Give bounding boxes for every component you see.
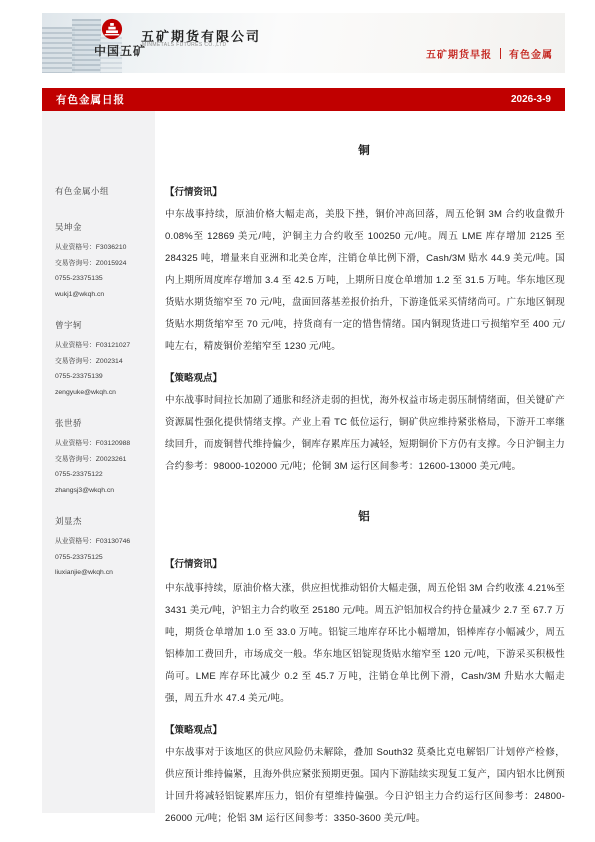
analyst-email: wukj1@wkqh.cn [55,287,149,303]
analyst-email: zhangsj3@wkqh.cn [55,483,149,499]
analyst-credential: 交易咨询号：Z0023261 [55,452,149,468]
analyst-credential: 交易咨询号：Z0015924 [55,256,149,272]
analyst-phone: 0755-23375125 [55,550,149,566]
main-content: 铜 【行情资讯】 中东战事持续，原油价格大幅走高，美股下挫，铜价冲高回落，周五伦… [165,130,565,830]
analyst-credential: 交易咨询号：Z002314 [55,354,149,370]
analyst-name: 曾宇轲 [55,319,149,331]
analyst-email: zengyuke@wkqh.cn [55,385,149,401]
analyst-block: 吴坤金 从业资格号：F3036210 交易咨询号：Z0015924 0755-2… [55,221,149,302]
analyst-sidebar: 有色金属小组 吴坤金 从业资格号：F3036210 交易咨询号：Z0015924… [42,111,155,813]
analyst-name: 刘显杰 [55,515,149,527]
header-banner: 中国五矿 五矿期货有限公司 MINMETALS FUTURES CO.,LTD … [42,13,565,73]
minmetals-emblem-icon [101,18,123,40]
analyst-credential: 从业资格号：F03130746 [55,534,149,550]
aluminum-market-text: 中东战事持续，原油价格大涨，供应担忧推动铝价大幅走强，周五伦铝 3M 合约收涨 … [165,578,565,710]
analyst-block: 曾宇轲 从业资格号：F03121027 交易咨询号：Z002314 0755-2… [55,319,149,400]
analyst-email: liuxianjie@wkqh.cn [55,565,149,581]
report-title: 有色金属日报 [56,92,125,107]
analyst-phone: 0755-23375135 [55,271,149,287]
analyst-credential: 从业资格号：F03120988 [55,436,149,452]
team-title: 有色金属小组 [55,185,149,197]
company-name-en: MINMETALS FUTURES CO.,LTD [142,42,227,48]
copper-strategy-text: 中东战事时间拉长加剧了通胀和经济走弱的担忧，海外权益市场走弱压制情绪面，但关键矿… [165,390,565,478]
aluminum-strategy-text: 中东战事对于该地区的供应风险仍未解除，叠加 South32 莫桑比克电解铝厂计划… [165,742,565,830]
analyst-block: 张世骄 从业资格号：F03120988 交易咨询号：Z0023261 0755-… [55,417,149,498]
report-title-bar: 有色金属日报 2026-3-9 [42,88,565,111]
strategy-label: 【策略观点】 [165,370,565,384]
copper-market-text: 中东战事持续，原油价格大幅走高，美股下挫，铜价冲高回落，周五伦铜 3M 合约收盘… [165,204,565,358]
section-title-aluminum: 铝 [165,508,565,524]
analyst-credential: 从业资格号：F03121027 [55,338,149,354]
report-date: 2026-3-9 [511,94,551,105]
analyst-name: 吴坤金 [55,221,149,233]
report-type-label: 五矿期货早报 [426,46,492,61]
market-info-label: 【行情资讯】 [165,184,565,198]
market-info-label: 【行情资讯】 [165,556,565,570]
strategy-label: 【策略观点】 [165,722,565,736]
divider [500,48,501,59]
analyst-credential: 从业资格号：F3036210 [55,240,149,256]
analyst-phone: 0755-23375139 [55,369,149,385]
report-type-area: 五矿期货早报 有色金属 [426,46,553,61]
section-title-copper: 铜 [165,142,565,158]
analyst-block: 刘显杰 从业资格号：F03130746 0755-23375125 liuxia… [55,515,149,581]
report-page: 中国五矿 五矿期货有限公司 MINMETALS FUTURES CO.,LTD … [0,0,595,842]
analyst-phone: 0755-23375122 [55,467,149,483]
report-category-label: 有色金属 [509,46,553,61]
analyst-name: 张世骄 [55,417,149,429]
